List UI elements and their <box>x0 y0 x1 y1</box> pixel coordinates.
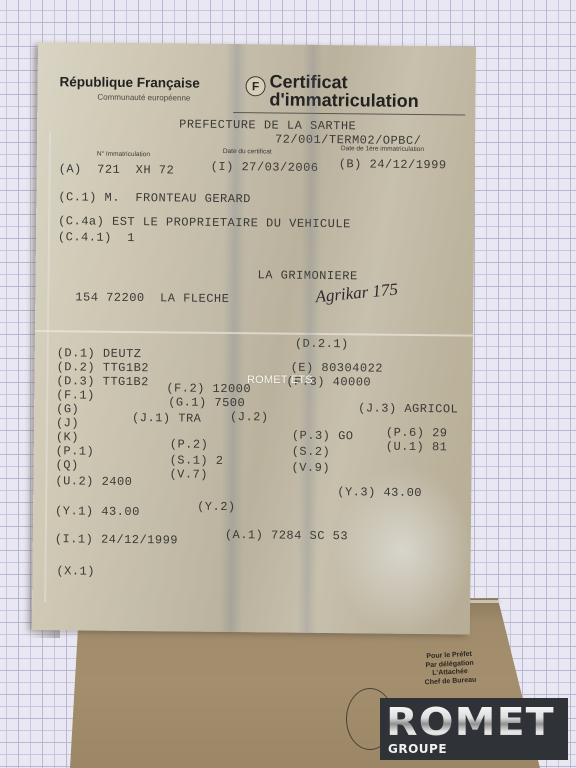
field-P3: (P.3) GO <box>292 429 354 444</box>
field-B: (B) 24/12/1999 <box>339 157 447 172</box>
community-label: Communauté européenne <box>97 93 190 103</box>
field-C41: (C.4.1) 1 <box>58 230 135 245</box>
field-S2: (S.2) <box>292 445 331 459</box>
address-line2: 154 72200 LA FLECHE <box>75 290 229 306</box>
field-G: (G) <box>56 402 79 416</box>
field-V9: (V.9) <box>291 461 330 475</box>
field-J: (J) <box>56 416 79 430</box>
field-Q: (Q) <box>55 458 78 472</box>
romet-groupe-logo: ROMET GROUPE <box>380 698 568 760</box>
field-X1: (X.1) <box>56 564 95 578</box>
field-Y1: (Y.1) 43.00 <box>55 504 140 519</box>
field-A: (A) 721 XH 72 <box>59 162 175 177</box>
fold-line <box>44 132 51 602</box>
field-U2: (U.2) 2400 <box>55 474 132 489</box>
field-I1: (I.1) 24/12/1999 <box>55 532 178 547</box>
field-J2: (J.2) <box>230 410 269 424</box>
field-K: (K) <box>56 430 79 444</box>
field-G1: (G.1) 7500 <box>168 395 245 410</box>
registration-certificate: République Française Communauté européen… <box>32 42 476 635</box>
field-C1: (C.1) M. FRONTEAU GERARD <box>58 190 251 206</box>
field-C4a: (C.4a) EST LE PROPRIETAIRE DU VEHICULE <box>58 214 351 231</box>
fold-line <box>35 330 473 337</box>
logo-sub-text: GROUPE <box>388 742 447 756</box>
field-F1: (F.1) <box>56 388 95 402</box>
field-U1: (U.1) 81 <box>386 440 448 455</box>
field-V7: (V.7) <box>169 467 208 481</box>
logo-main-text: ROMET <box>386 702 555 742</box>
certificate-title-line2: d'immatriculation <box>269 90 419 111</box>
field-J1: (J.1) TRA <box>132 411 201 426</box>
field-D3: (D.3) TTG1B2 <box>56 374 149 389</box>
field-A1: (A.1) 7284 SC 53 <box>225 528 348 543</box>
field-Y2: (Y.2) <box>197 500 236 514</box>
field-D1: (D.1) DEUTZ <box>57 346 142 361</box>
label-registration-number: N° Immatriculation <box>97 151 150 159</box>
field-Y3: (Y.3) 43.00 <box>337 485 422 500</box>
watermark: ROMET ETS <box>247 374 313 386</box>
official-stamp-text: Pour le Préfet Par délégation L'Attachée… <box>423 651 476 688</box>
field-P1: (P.1) <box>56 444 95 458</box>
address-line1: LA GRIMONIERE <box>257 268 357 283</box>
field-D2: (D.2) TTG1B2 <box>57 360 150 375</box>
label-first-registration: Date de 1ère immatriculation <box>341 145 424 153</box>
field-F2: (F.2) 12000 <box>166 381 251 396</box>
header-rule <box>233 112 465 115</box>
field-P6: (P.6) 29 <box>386 426 448 441</box>
field-J3: (J.3) AGRICOL <box>358 401 458 416</box>
field-P2: (P.2) <box>170 437 209 451</box>
country-name: République Française <box>60 74 200 90</box>
prefecture: PREFECTURE DE LA SARTHE <box>179 117 356 133</box>
field-I: (I) 27/03/2006 <box>211 160 319 175</box>
handwritten-note: Agrikar 175 <box>315 280 399 308</box>
country-code-badge: F <box>245 76 265 96</box>
field-S1: (S.1) 2 <box>170 453 224 468</box>
field-D21: (D.2.1) <box>295 337 349 352</box>
label-certificate-date: Date du certificat <box>223 148 272 156</box>
